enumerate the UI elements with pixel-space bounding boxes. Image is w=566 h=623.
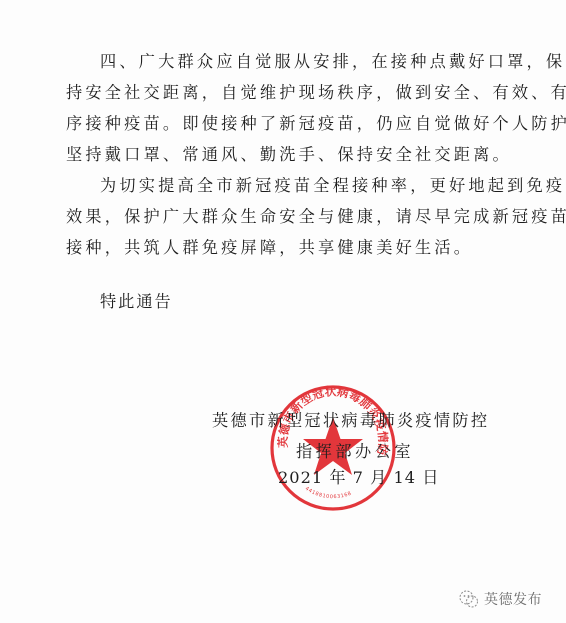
document-page: 四、广大群众应自觉服从安排，在接种点戴好口罩，保 持安全社交距离，自觉维护现场秩… — [0, 0, 566, 623]
issuer-name-line-1: 英德市新型冠状病毒肺炎疫情防控 — [212, 411, 489, 431]
paragraph-four-line-4: 坚持戴口罩、常通风、勤洗手、保持安全社交距离。 — [66, 145, 496, 165]
paragraph-four-line-2: 持安全社交距离，自觉维护现场秩序，做到安全、有效、有 — [66, 83, 496, 103]
closing-statement: 特此通告 — [100, 292, 173, 312]
issue-date: 2021 年 7 月 14 日 — [278, 468, 439, 488]
paragraph-four-line-1: 四、广大群众应自觉服从安排，在接种点戴好口罩，保 — [100, 52, 530, 72]
wechat-official-account-icon — [458, 589, 480, 609]
appeal-paragraph-line-3: 接种，共筑人群免疫屏障，共享健康美好生活。 — [66, 238, 496, 258]
appeal-paragraph-line-1: 为切实提高全市新冠疫苗全程接种率，更好地起到免疫 — [100, 176, 530, 196]
svg-text:4418810063168: 4418810063168 — [304, 486, 353, 500]
issuer-name-line-2: 指挥部办公室 — [296, 442, 414, 462]
paragraph-four-line-3: 序接种疫苗。即使接种了新冠疫苗，仍应自觉做好个人防护， — [66, 114, 496, 134]
appeal-paragraph-line-2: 效果，保护广大群众生命安全与健康，请尽早完成新冠疫苗 — [66, 207, 496, 227]
source-watermark: 英德发布 — [458, 588, 542, 610]
watermark-label: 英德发布 — [484, 589, 542, 609]
